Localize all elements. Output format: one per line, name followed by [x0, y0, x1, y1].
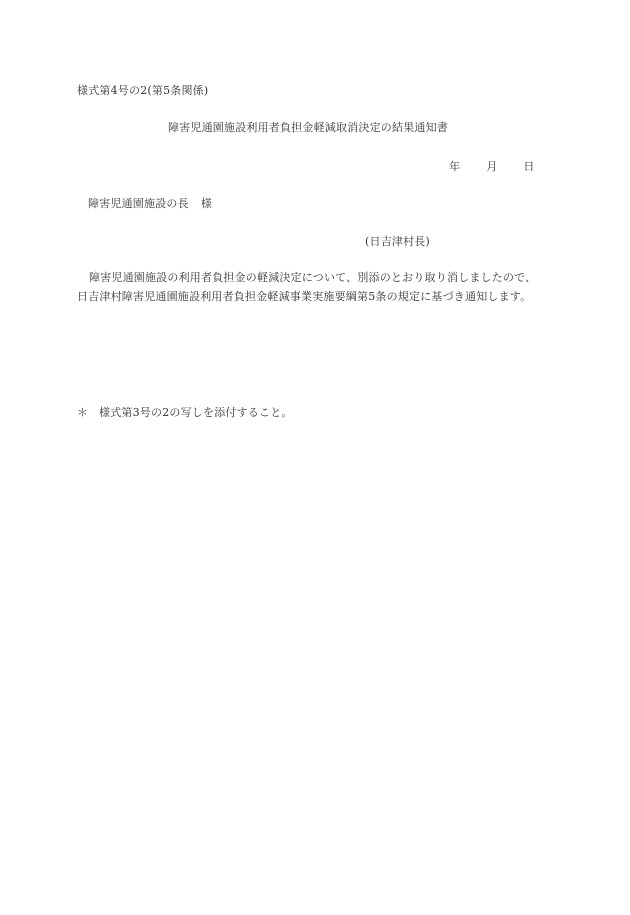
- body-paragraph-line-1: 障害児通園施設の利用者負担金の軽減決定について、別添のとおり取り消しましたので、: [89, 270, 536, 286]
- note-text: 様式第3号の2の写しを添付すること。: [99, 406, 293, 419]
- year-label: 年: [449, 159, 460, 175]
- addressee: 障害児通園施設の長様: [88, 196, 212, 212]
- asterisk-mark: ＊: [77, 405, 99, 421]
- body-paragraph-line-2: 日吉津村障害児通園施設利用者負担金軽減事業実施要綱第5条の規定に基づき通知します…: [77, 289, 531, 305]
- addressee-name: 障害児通園施設の長: [88, 197, 189, 210]
- document-page: 様式第4号の2(第5条関係) 障害児通園施設利用者負担金軽減取消決定の結果通知書…: [0, 0, 630, 915]
- form-number: 様式第4号の2(第5条関係): [77, 83, 208, 99]
- addressee-honorific: 様: [201, 197, 212, 210]
- day-label: 日: [523, 159, 534, 175]
- document-title: 障害児通園施設利用者負担金軽減取消決定の結果通知書: [168, 120, 448, 136]
- attachment-note: ＊様式第3号の2の写しを添付すること。: [77, 405, 293, 421]
- month-label: 月: [486, 159, 497, 175]
- date-line: 年月日: [449, 159, 535, 175]
- issuer: (日吉津村長): [365, 234, 430, 250]
